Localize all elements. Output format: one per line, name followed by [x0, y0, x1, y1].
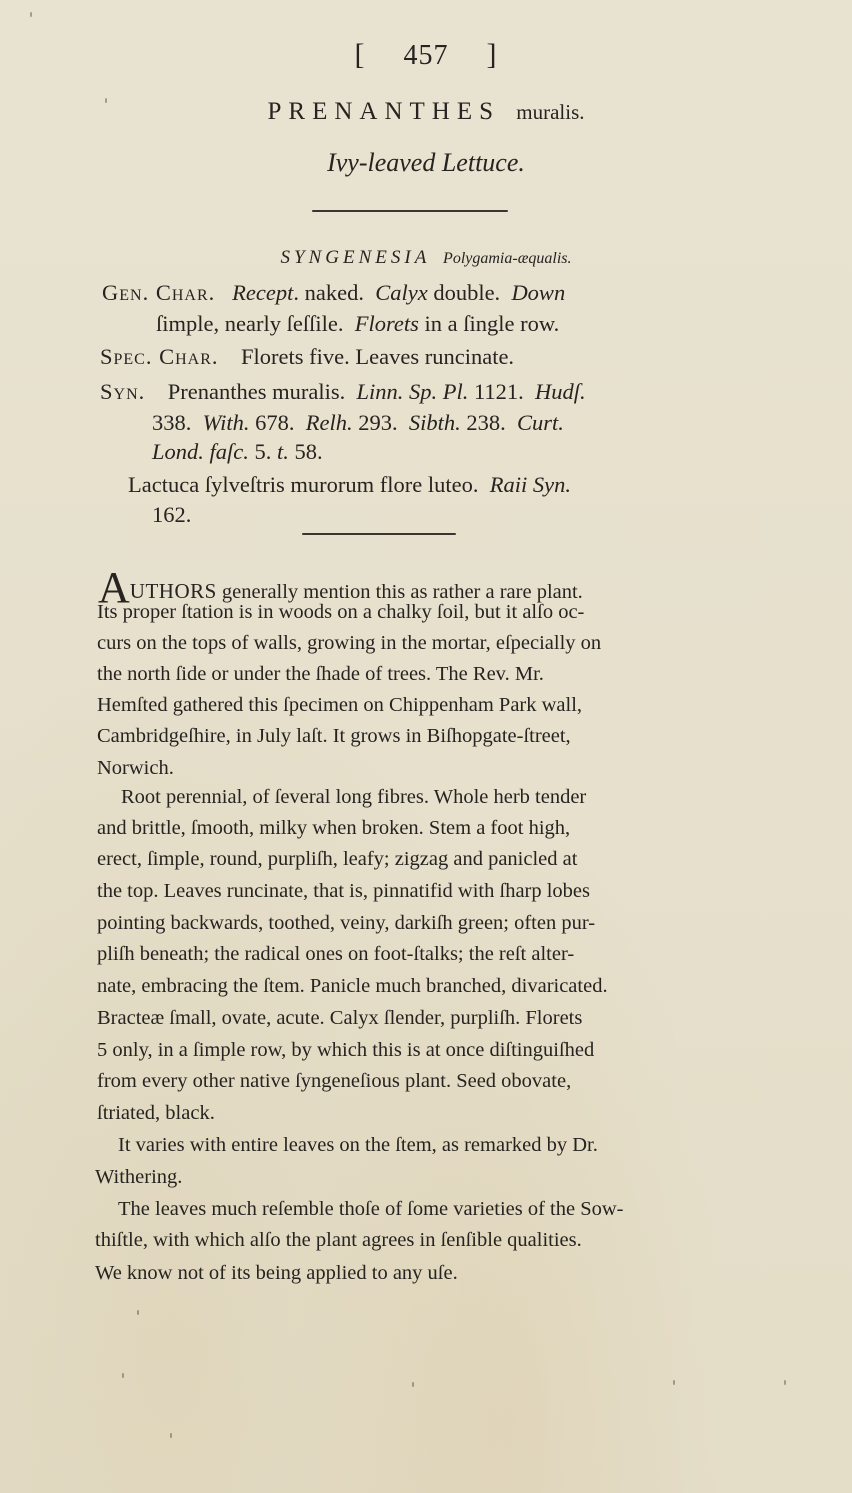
gen-char-label: Gen. Char.	[102, 280, 215, 305]
text-run: 338.	[152, 410, 203, 435]
divider-rule	[312, 210, 508, 212]
paragraph-line: Hemſted gathered this ſpecimen on Chippe…	[97, 694, 582, 717]
classification: SYNGENESIA Polygamia-æqualis.	[0, 247, 852, 269]
paragraph-line: It varies with entire leaves on the ſtem…	[118, 1134, 598, 1157]
text-run: With.	[203, 410, 250, 435]
paragraph-line: the top. Leaves runcinate, that is, pinn…	[97, 880, 590, 903]
text-run: ſimple, nearly ſeſſile.	[156, 311, 355, 336]
paragraph-line: We know not of its being applied to any …	[95, 1262, 458, 1285]
gen-char-line-1: Gen. Char. Recept. naked. Calyx double. …	[102, 280, 565, 306]
species-title: PRENANTHES muralis.	[0, 98, 852, 126]
text-run: Hudſ.	[535, 379, 586, 404]
text-run: 293.	[353, 410, 409, 435]
line-text: generally mention this as rather a rare …	[217, 581, 583, 603]
syn-text: 338. With. 678. Relh. 293. Sibth. 238. C…	[152, 410, 564, 435]
species-name: muralis.	[516, 100, 584, 124]
text-run: Florets	[355, 311, 419, 336]
small-caps-word: UTHORS	[130, 579, 217, 603]
text-run: 1121.	[468, 379, 535, 404]
paragraph-line: 5 only, in a ſimple row, by which this i…	[97, 1039, 594, 1062]
text-run: Sibth.	[409, 410, 461, 435]
paper-speck	[673, 1380, 675, 1385]
gen-char-line-2: ſimple, nearly ſeſſile. Florets in a ſin…	[156, 311, 559, 337]
paragraph-line: Root perennial, of ſeveral long fibres. …	[121, 786, 586, 809]
text-run: double.	[428, 280, 512, 305]
text-run: Down	[511, 280, 565, 305]
paragraph-line: Bracteæ ſmall, ovate, acute. Calyx ſlend…	[97, 1007, 582, 1030]
bracket-close: ]	[487, 38, 498, 71]
paragraph-line: from every other native ſyngeneſious pla…	[97, 1070, 571, 1093]
spec-char-text: Florets five. Leaves runcinate.	[241, 344, 514, 369]
paper-speck	[170, 1433, 172, 1438]
gen-char-text: Recept. naked. Calyx double. Down	[232, 280, 565, 305]
paragraph-line: erect, ſimple, round, purpliſh, leafy; z…	[97, 848, 577, 871]
text-run: 678.	[250, 410, 306, 435]
paragraph-line: the north ſide or under the ſhade of tre…	[97, 663, 544, 686]
divider-rule	[302, 533, 456, 535]
text-run: t.	[277, 439, 289, 464]
syn-line-4: Lactuca ſylveſtris murorum flore luteo. …	[128, 472, 571, 498]
paragraph-line: pliſh beneath; the radical ones on foot-…	[97, 943, 574, 966]
genus-name: PRENANTHES	[267, 98, 500, 125]
spec-char-line: Spec. Char. Florets five. Leaves runcina…	[100, 344, 514, 370]
syn-line-5: 162.	[152, 502, 191, 528]
text-run: Prenanthes muralis.	[168, 379, 357, 404]
paragraph-line: thiſtle, with which alſo the plant agree…	[95, 1229, 582, 1252]
paper-speck	[122, 1373, 124, 1378]
text-run: 58.	[289, 439, 323, 464]
paragraph-line: Withering.	[95, 1166, 182, 1189]
text-run: . naked.	[293, 280, 375, 305]
syn-line-3: Lond. faſc. 5. t. 58.	[152, 439, 323, 465]
page-number-value: 457	[404, 40, 449, 71]
paragraph-line: pointing backwards, toothed, veiny, dark…	[97, 912, 595, 935]
syn-text: Lactuca ſylveſtris murorum flore luteo. …	[128, 472, 571, 497]
syn-label: Syn.	[100, 379, 145, 404]
paragraph-line: Norwich.	[97, 757, 174, 780]
paper-speck	[137, 1310, 139, 1315]
book-page: [ 457 ] PRENANTHES muralis. Ivy-leaved L…	[0, 0, 852, 1493]
text-run: Lactuca ſylveſtris murorum flore luteo.	[128, 472, 490, 497]
gen-char-text: ſimple, nearly ſeſſile. Florets in a ſin…	[156, 311, 559, 336]
text-run: Relh.	[306, 410, 353, 435]
paragraph-line: curs on the tops of walls, growing in th…	[97, 632, 601, 655]
paragraph-line: ſtriated, black.	[97, 1102, 215, 1125]
text-run: Calyx	[375, 280, 427, 305]
paragraph-line: Its proper ſtation is in woods on a chal…	[97, 601, 584, 624]
syn-line-2: 338. With. 678. Relh. 293. Sibth. 238. C…	[152, 410, 564, 436]
text-run: Raii Syn.	[490, 472, 571, 497]
syn-text: Lond. faſc. 5. t. 58.	[152, 439, 323, 464]
text-run: Recept	[232, 280, 293, 305]
paper-speck	[105, 98, 107, 103]
text-run: 5.	[249, 439, 277, 464]
spec-char-label: Spec. Char.	[100, 344, 219, 369]
syn-text: Prenanthes muralis. Linn. Sp. Pl. 1121. …	[168, 379, 586, 404]
text-run: in a ſingle row.	[419, 311, 559, 336]
paragraph-line: The leaves much reſemble thoſe of ſome v…	[118, 1198, 624, 1221]
page-number: [ 457 ]	[0, 38, 852, 72]
paragraph-line: Cambridgeſhire, in July laſt. It grows i…	[97, 725, 571, 748]
paragraph-line: nate, embracing the ſtem. Panicle much b…	[97, 975, 608, 998]
paper-speck	[30, 12, 32, 17]
bracket-open: [	[355, 38, 366, 71]
text-run: 238.	[461, 410, 517, 435]
text-run: Lond. faſc.	[152, 439, 249, 464]
paper-speck	[784, 1380, 786, 1385]
common-name: Ivy-leaved Lettuce.	[0, 148, 852, 178]
order-name: Polygamia-æqualis.	[443, 250, 571, 267]
text-run: Curt.	[517, 410, 564, 435]
class-name: SYNGENESIA	[281, 247, 431, 268]
text-run: Linn. Sp. Pl.	[356, 379, 468, 404]
paragraph-line: and brittle, ſmooth, milky when broken. …	[97, 817, 570, 840]
syn-line-1: Syn. Prenanthes muralis. Linn. Sp. Pl. 1…	[100, 379, 586, 405]
paper-speck	[412, 1382, 414, 1387]
